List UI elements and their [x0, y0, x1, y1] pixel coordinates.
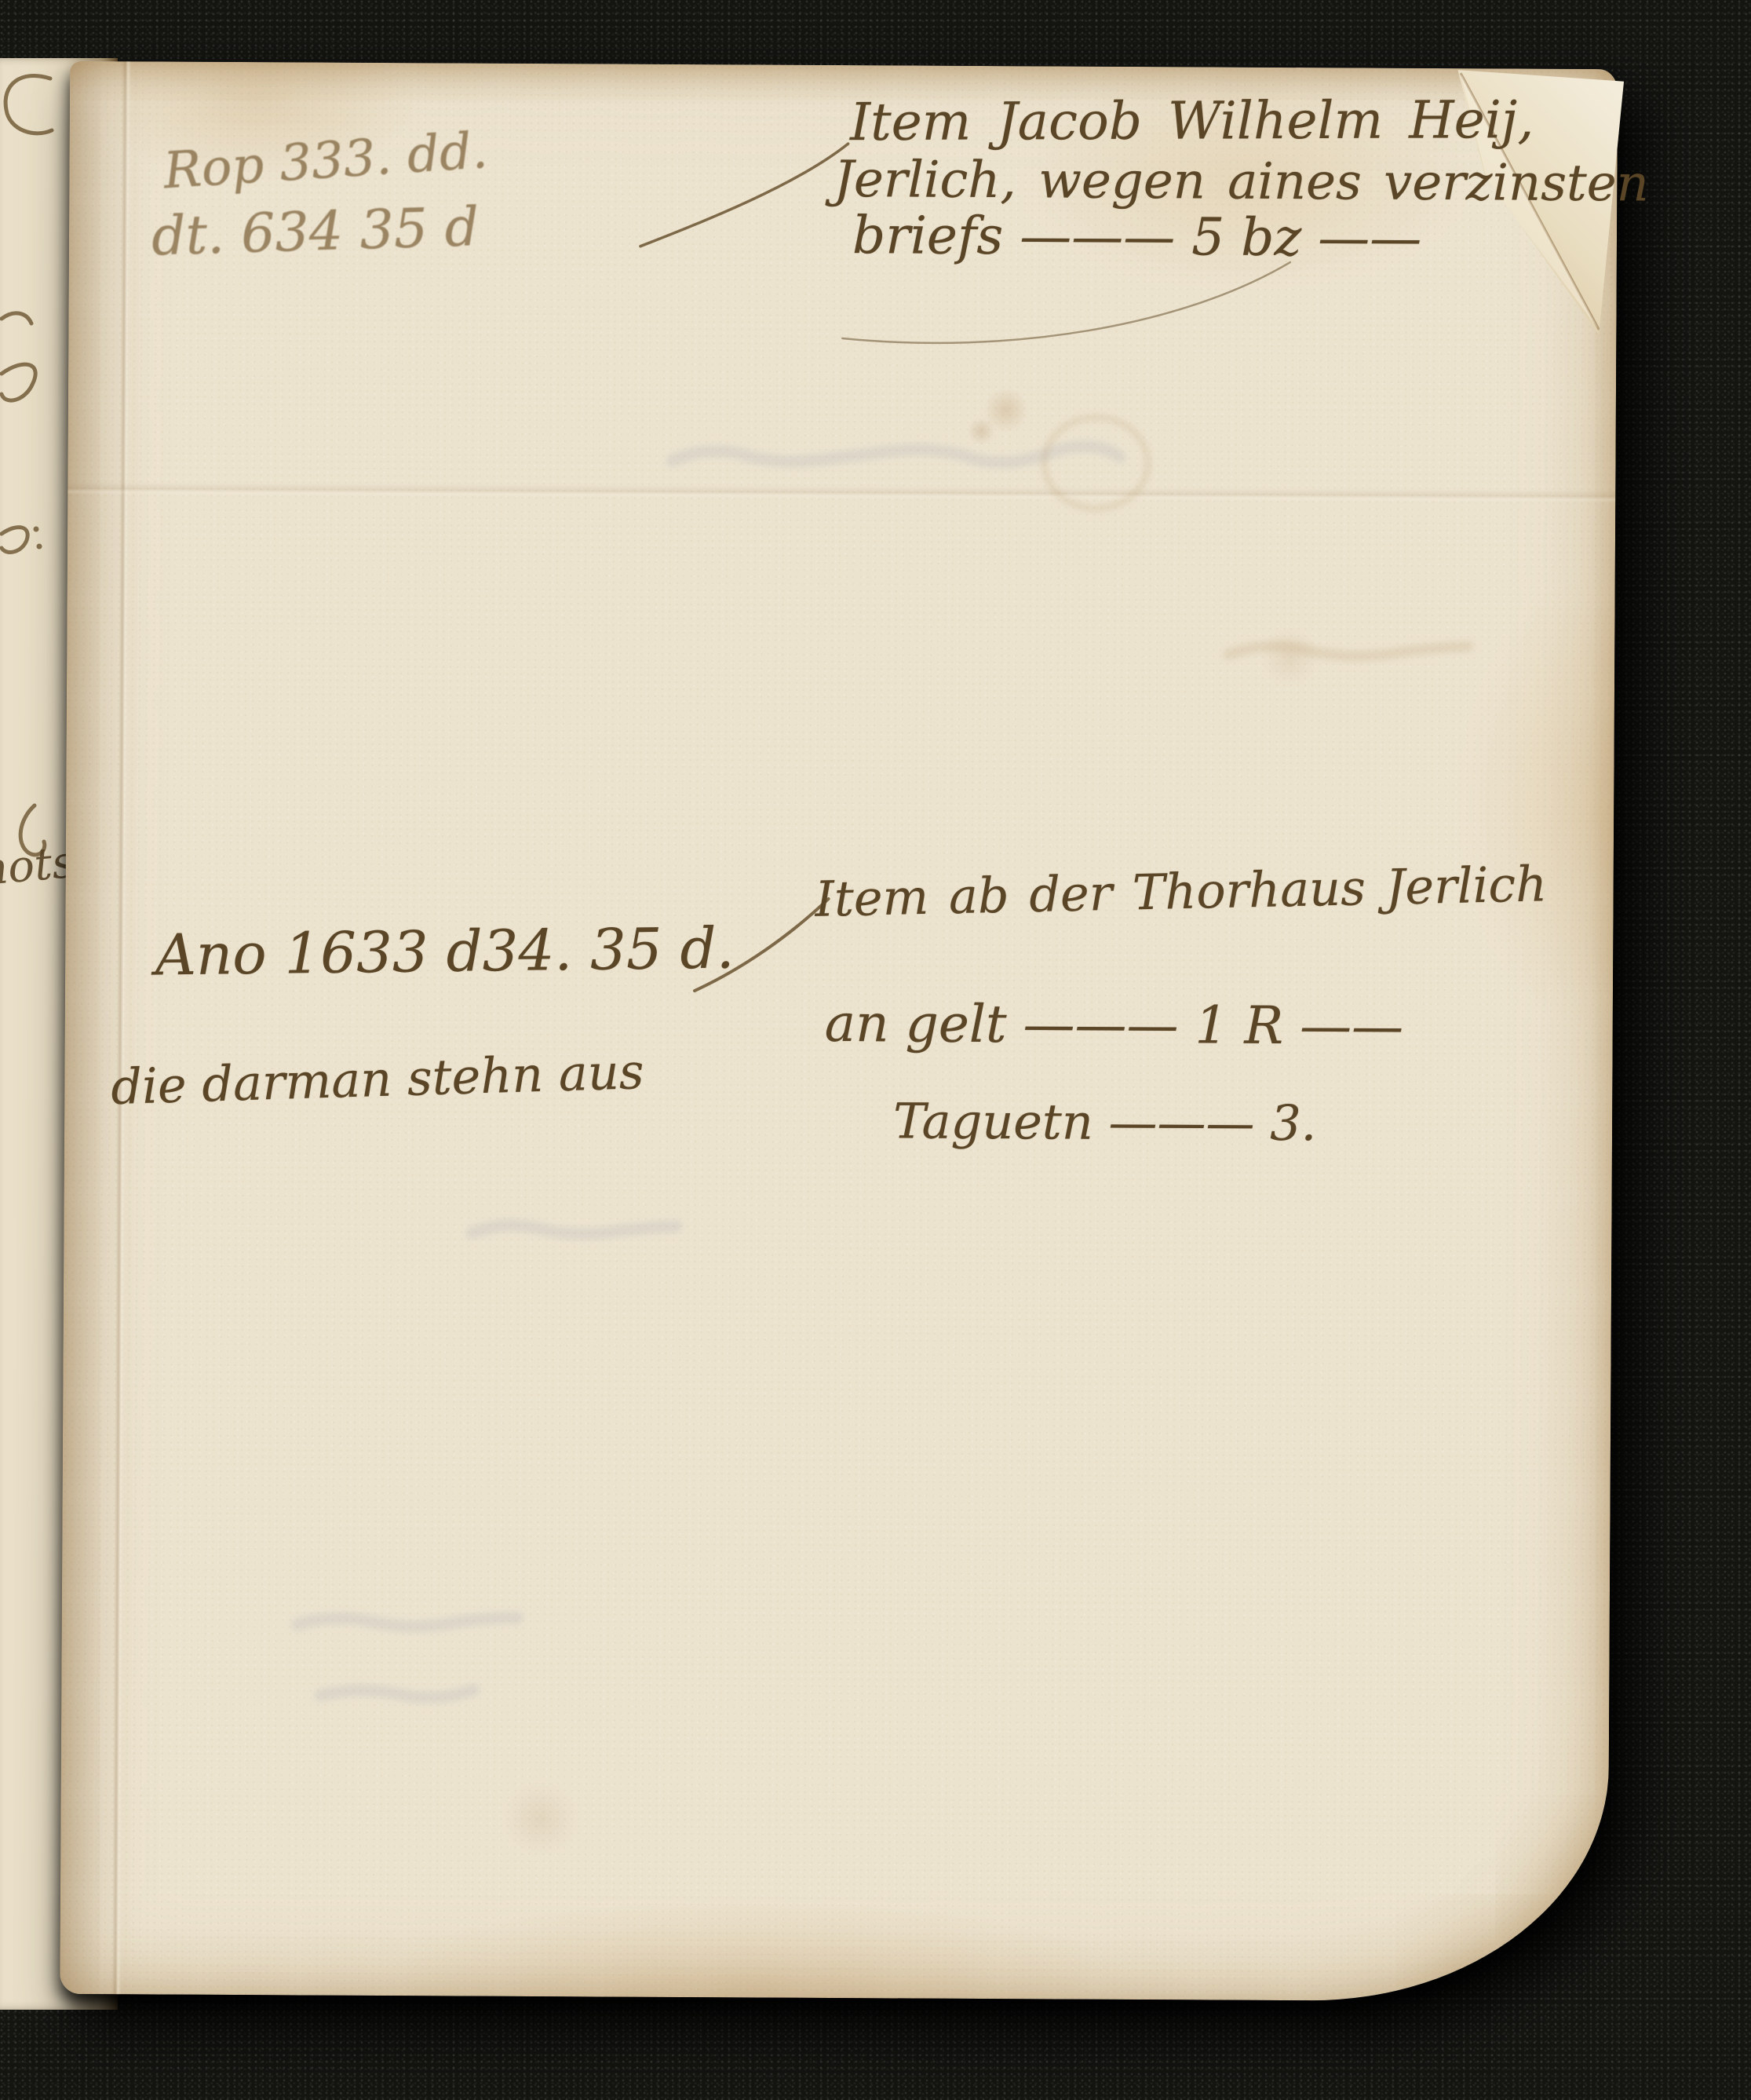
ink-fragment-curl — [2, 528, 27, 553]
note-top-left-line2: dt. 634 35 d — [151, 201, 480, 264]
ink-fragment-stroke — [2, 313, 31, 323]
note-middle-left-line1: Ano 1633 d34. 35 d. — [155, 919, 735, 983]
showthrough-line — [472, 1225, 676, 1235]
note-top-left-line1: Rop 333. dd. — [162, 126, 489, 197]
edge-fragment-text: nots — [0, 841, 76, 893]
manuscript-page: Rop 333. dd. dt. 634 35 d Item Jacob Wil… — [60, 61, 1618, 2002]
ink-fragment-dot — [37, 544, 42, 550]
entry-top-right-line1: Item Jacob Wilhelm Heij, — [850, 94, 1534, 148]
ink-fragment-curl — [2, 364, 35, 400]
entry-middle-right-line1: Item ab der Thorhaus Jerlich — [815, 860, 1548, 924]
entry-middle-right-line2: an gelt ——— 1 R —— — [825, 998, 1404, 1053]
vertical-fold-crease — [111, 61, 131, 1994]
item-leadin-stroke — [640, 143, 848, 247]
manuscript-photo-scene: nots — [0, 0, 1751, 2100]
showthrough-line — [297, 1616, 517, 1627]
showthrough-line — [320, 1689, 473, 1698]
entry-top-right-line3: briefs ——— 5 bz —— — [852, 210, 1422, 265]
amount-tail-stroke — [842, 260, 1290, 345]
note-middle-left-line2: die darman stehn aus — [110, 1047, 644, 1112]
ink-fragment-flourish — [5, 75, 52, 133]
showthrough-brown-line — [1228, 645, 1468, 657]
showthrough-line — [673, 444, 1120, 463]
ink-fragment-dot — [34, 527, 39, 532]
entry-middle-right-line3: Taguetn ——— 3. — [893, 1097, 1317, 1148]
entry-top-right-line2: Jerlich, wegen aines verzinsten — [834, 155, 1649, 209]
horizontal-fold-crease — [67, 482, 1615, 502]
